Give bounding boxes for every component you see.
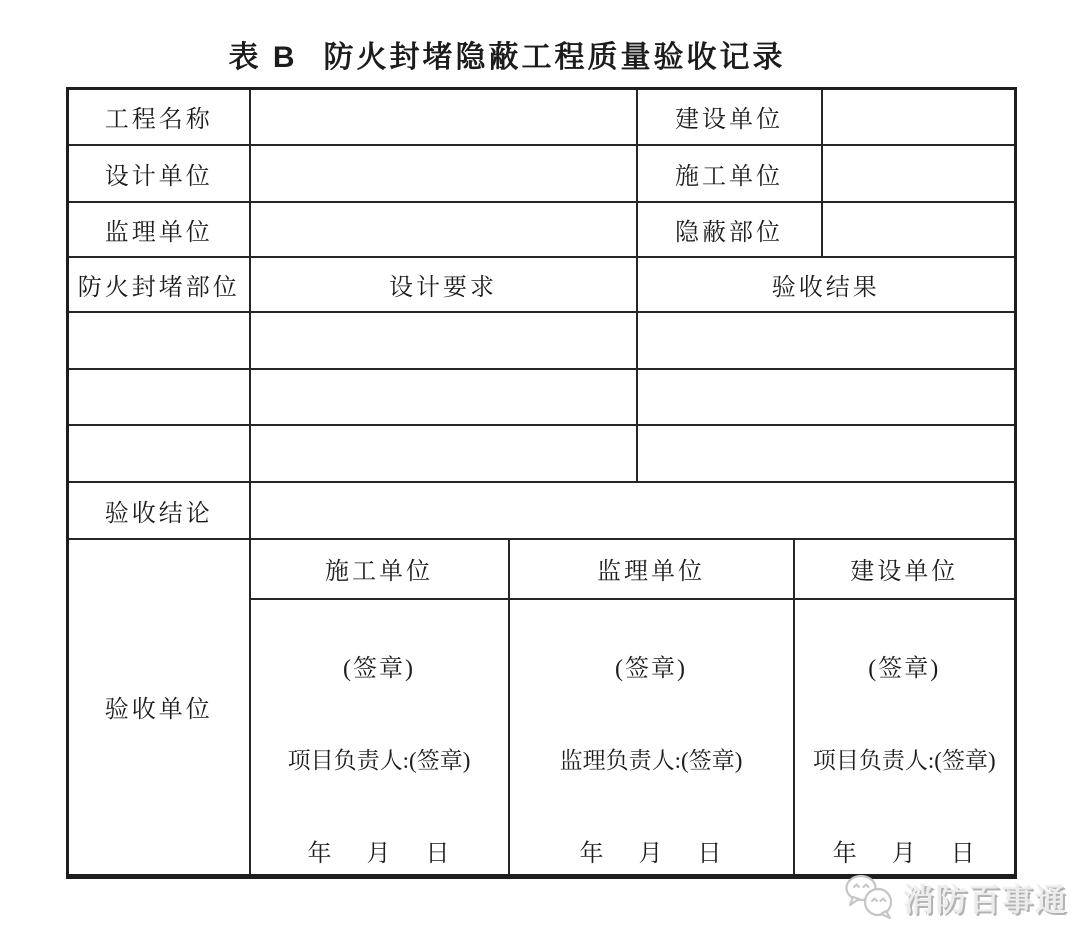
detail-row — [68, 369, 1016, 425]
acceptance-result-cell[interactable] — [637, 425, 1016, 482]
date-line: 年 月 日 — [251, 833, 508, 868]
document-title: 表 B防火封堵隐蔽工程质量验收记录 — [0, 32, 1014, 76]
design-requirement-cell[interactable] — [250, 425, 637, 482]
watermark: 消防百事通 — [843, 874, 1068, 920]
supervision-unit-field[interactable] — [250, 202, 637, 257]
construction-unit-label: 施工单位 — [637, 145, 822, 202]
title-text: 防火封堵隐蔽工程质量验收记录 — [324, 41, 786, 74]
detail-header-row: 防火封堵部位 设计要求 验收结果 — [68, 257, 1016, 312]
seal-placeholder: (签章) — [510, 648, 793, 683]
design-requirement-cell[interactable] — [250, 369, 637, 425]
construction-owner-field[interactable] — [822, 89, 1016, 145]
acceptance-unit-row-label: 验收单位 — [68, 539, 250, 877]
fireseal-location-header: 防火封堵部位 — [68, 257, 250, 312]
construction-unit-field[interactable] — [822, 145, 1016, 202]
acceptance-result-cell[interactable] — [637, 312, 1016, 369]
fireseal-location-cell[interactable] — [68, 369, 250, 425]
seal-placeholder: (签章) — [251, 648, 508, 683]
project-leader-signature-line: 项目负责人:(签章) — [251, 742, 508, 775]
table-number-label: 表 B — [229, 41, 298, 74]
design-unit-label: 设计单位 — [68, 145, 250, 202]
wechat-chat-bubbles-icon — [843, 874, 897, 920]
design-requirement-cell[interactable] — [250, 312, 637, 369]
date-line: 年 月 日 — [795, 833, 1015, 868]
supervisor-leader-signature-line: 监理负责人:(签章) — [510, 742, 793, 775]
construction-unit-signature-cell[interactable]: (签章) 项目负责人:(签章) 年 月 日 — [250, 599, 509, 877]
design-unit-field[interactable] — [250, 145, 637, 202]
seal-placeholder: (签章) — [795, 648, 1015, 683]
scanned-document-page: { "title": { "prefix": "表 B", "main": "防… — [0, 0, 1080, 948]
table-row: 工程名称 建设单位 — [68, 89, 1016, 145]
owner-unit-column-header: 建设单位 — [794, 539, 1016, 599]
acceptance-record-table: 工程名称 建设单位 设计单位 施工单位 监理单位 隐蔽部位 防火封堵部位 设计要… — [66, 87, 1017, 879]
supervision-unit-signature-cell[interactable]: (签章) 监理负责人:(签章) 年 月 日 — [509, 599, 794, 877]
detail-row — [68, 312, 1016, 369]
project-name-label: 工程名称 — [68, 89, 250, 145]
acceptance-result-cell[interactable] — [637, 369, 1016, 425]
table-row: 设计单位 施工单位 — [68, 145, 1016, 202]
date-line: 年 月 日 — [510, 833, 793, 868]
fireseal-location-cell[interactable] — [68, 425, 250, 482]
acceptance-conclusion-label: 验收结论 — [68, 482, 250, 539]
acceptance-units-header-row: 验收单位 施工单位 监理单位 建设单位 — [68, 539, 1016, 599]
project-leader-signature-line: 项目负责人:(签章) — [795, 742, 1015, 775]
table-row: 监理单位 隐蔽部位 — [68, 202, 1016, 257]
design-requirement-header: 设计要求 — [250, 257, 637, 312]
project-name-field[interactable] — [250, 89, 637, 145]
acceptance-result-header: 验收结果 — [637, 257, 1016, 312]
concealed-part-field[interactable] — [822, 202, 1016, 257]
construction-owner-label: 建设单位 — [637, 89, 822, 145]
conclusion-row: 验收结论 — [68, 482, 1016, 539]
construction-unit-column-header: 施工单位 — [250, 539, 509, 599]
owner-unit-signature-cell[interactable]: (签章) 项目负责人:(签章) 年 月 日 — [794, 599, 1016, 877]
watermark-text: 消防百事通 — [903, 875, 1068, 920]
acceptance-conclusion-field[interactable] — [250, 482, 1016, 539]
fireseal-location-cell[interactable] — [68, 312, 250, 369]
supervision-unit-column-header: 监理单位 — [509, 539, 794, 599]
detail-row — [68, 425, 1016, 482]
concealed-part-label: 隐蔽部位 — [637, 202, 822, 257]
supervision-unit-label: 监理单位 — [68, 202, 250, 257]
